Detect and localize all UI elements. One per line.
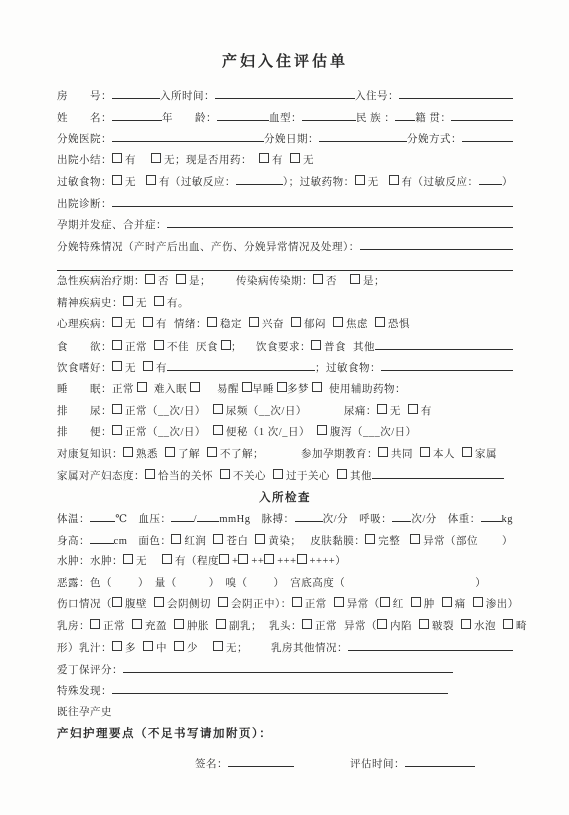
checkbox-易醒[interactable]: 易醒 — [217, 381, 252, 396]
label: 乳房： — [57, 618, 90, 633]
spacer — [271, 456, 301, 457]
checkbox-label: 尿频（__次/日） — [226, 406, 307, 417]
checkbox-icon — [171, 534, 181, 544]
diet-preference-line: 饮食嗜好：无有；过敏食物： — [57, 359, 513, 373]
checkbox-label: 无 — [136, 556, 147, 567]
checkbox-无[interactable]: 无 — [377, 403, 401, 418]
label: 身高： — [57, 533, 90, 548]
checkbox-icon — [213, 641, 223, 651]
checkbox-icon — [207, 317, 217, 327]
checkbox-有[interactable]: 有 — [408, 403, 432, 418]
checkbox-label: 早睡 — [252, 384, 274, 395]
checkbox-icon — [311, 340, 321, 350]
checkbox-icon — [90, 619, 100, 629]
checkbox-label: 便秘（1 次/_日） — [226, 427, 310, 438]
checkbox-会阴侧切[interactable]: 会阴侧切 — [154, 596, 211, 611]
label: ） — [502, 174, 513, 189]
checkbox-label: 正常 — [103, 621, 125, 632]
room-number-blank[interactable] — [112, 87, 160, 99]
checkbox-icon — [143, 317, 153, 327]
checkbox-肿胀[interactable]: 肿胀 — [174, 618, 209, 633]
checkbox-恰当的关怀[interactable]: 恰当的关怀 — [145, 468, 213, 483]
label: 传染病传染期： — [236, 273, 313, 288]
checkbox-icon — [317, 425, 327, 435]
checkbox-厌食[interactable]: 厌食 — [196, 339, 231, 354]
label: ） — [475, 575, 486, 590]
label: 特殊发现： — [57, 683, 112, 698]
checkbox-渗出[interactable]: 渗出 — [473, 596, 508, 611]
checkbox-icon — [292, 597, 302, 607]
defecation-line: 排 便：正常（__次/日）便秘（1 次/_日）腹泻（___次/日） — [57, 424, 513, 438]
pregnancy-complications-line: 孕期并发症、合并症： — [57, 216, 513, 230]
checkbox-icon — [442, 597, 452, 607]
label: 血型： — [269, 110, 302, 125]
checkbox-icon — [213, 425, 223, 435]
label: 食 欲： — [57, 339, 112, 354]
delivery-special-blank[interactable] — [360, 238, 513, 250]
checkbox-icon — [337, 469, 347, 479]
checkbox-icon — [313, 274, 323, 284]
checkbox-完整[interactable]: 完整 — [365, 533, 400, 548]
admission-time-blank[interactable] — [215, 87, 355, 99]
checkbox-无；[interactable]: 无； — [213, 640, 248, 655]
label: 乳头： — [269, 618, 302, 633]
checkbox-icon — [112, 175, 122, 185]
label: ）： — [275, 596, 292, 611]
checkbox-+++[interactable]: +++ — [264, 554, 296, 567]
label: 饮食嗜好： — [57, 360, 112, 375]
checkbox-icon — [123, 447, 133, 457]
checkbox-无[interactable]: 无 — [112, 360, 136, 375]
label: ） — [508, 596, 519, 611]
checkbox-icon — [333, 317, 343, 327]
checkbox-尿频（__次/日）[interactable]: 尿频（__次/日） — [213, 403, 307, 418]
checkbox-畸[interactable]: 畸 — [503, 618, 527, 633]
checkbox-红[interactable]: 红 — [380, 596, 404, 611]
checkbox-不关心[interactable]: 不关心 — [220, 468, 266, 483]
checkbox-label: 有（过敏反应： — [402, 177, 479, 188]
checkbox-label: 苍白 — [226, 536, 248, 547]
checkbox-了解[interactable]: 了解 — [165, 446, 200, 461]
label: cm 面色： — [114, 533, 172, 548]
checkbox-是；[interactable]: 是； — [350, 273, 385, 288]
checkbox-label: ++++ — [310, 556, 336, 567]
discharge-diagnosis-line: 出院诊断： — [57, 195, 513, 209]
checkbox-label: 易醒 — [217, 384, 239, 395]
edema-line: 水肿：水肿：无有（程度++++++++++） — [57, 553, 513, 567]
checkbox-icon — [154, 296, 164, 306]
checkbox-有（过敏反应：[interactable]: 有（过敏反应： — [389, 174, 479, 189]
checkbox-label: 无 — [136, 298, 147, 309]
checkbox-有（程度[interactable]: 有（程度 — [162, 553, 219, 568]
label: ） — [502, 533, 513, 548]
checkbox-label: 有 — [272, 155, 283, 166]
checkbox-少[interactable]: 少 — [174, 640, 198, 655]
checkbox-icon — [176, 274, 186, 284]
appetite-line: 食 欲：正常不佳厌食；饮食要求：普食其他 — [57, 338, 513, 352]
checkbox-icon — [377, 404, 387, 414]
checkbox-红润[interactable]: 红润 — [171, 533, 206, 548]
native-place-blank[interactable] — [451, 109, 513, 121]
label: 使用辅助药物： — [329, 381, 406, 396]
label: 水肿：水肿： — [57, 553, 123, 568]
respiration-blank[interactable] — [392, 510, 411, 522]
checkbox-无[interactable]: 无 — [112, 174, 136, 189]
checkbox-内陷[interactable]: 内陷 — [377, 618, 412, 633]
checkbox-充盈[interactable]: 充盈 — [132, 618, 167, 633]
checkbox-多梦[interactable]: 多梦 — [287, 381, 322, 396]
checkbox-label: 有（程度 — [175, 556, 219, 567]
checkbox-不佳[interactable]: 不佳 — [154, 339, 189, 354]
label: 入所时间： — [160, 88, 215, 103]
checkbox-icon — [151, 153, 161, 163]
checkbox-label: 副乳； — [229, 621, 262, 632]
checkbox-腹壁[interactable]: 腹壁 — [112, 596, 147, 611]
checkbox-label: 水泡 — [474, 621, 496, 632]
checkbox-icon — [221, 340, 231, 350]
mental-history-line: 精神疾病史：无有。 — [57, 295, 513, 309]
checkbox-icon — [174, 619, 184, 629]
checkbox-icon — [290, 153, 300, 163]
checkbox-本人[interactable]: 本人 — [420, 446, 455, 461]
checkbox-腹泻（___次/日）[interactable]: 腹泻（___次/日） — [317, 424, 417, 439]
spacer — [255, 650, 271, 651]
checkbox-有[interactable]: 有 — [143, 316, 167, 331]
checkbox-icon — [219, 554, 229, 564]
discharge-diagnosis-blank[interactable] — [112, 195, 513, 207]
checkbox-label: 稳定 — [220, 319, 242, 330]
age-blank[interactable] — [217, 109, 269, 121]
section-title: 入所检查 — [259, 489, 311, 505]
label: ；过敏食物： — [315, 360, 381, 375]
checkbox-label: 本人 — [433, 449, 455, 460]
label: 精神疾病史： — [57, 295, 123, 310]
label: 皮肤黏膜： — [310, 533, 365, 548]
attitude-other-blank[interactable] — [372, 467, 504, 479]
checkbox-副乳；[interactable]: 副乳； — [216, 618, 262, 633]
checkbox-++++[interactable]: ++++ — [297, 554, 336, 567]
checkbox-label: 无 — [125, 319, 136, 330]
nursing-points-line: 产妇护理要点（不足书写请加附页）： — [57, 725, 513, 739]
checkbox-多[interactable]: 多 — [112, 640, 136, 655]
checkbox-label: 多梦 — [287, 384, 309, 395]
label: 过敏食物： — [57, 174, 112, 189]
checkbox-兴奋[interactable]: 兴奋 — [249, 316, 284, 331]
checkbox-过于关心[interactable]: 过于关心 — [273, 468, 330, 483]
label: 入住号： — [355, 88, 399, 103]
checkbox-icon — [377, 619, 387, 629]
label: 乳房其他情况： — [271, 640, 348, 655]
special-findings-blank[interactable] — [112, 682, 448, 694]
checkbox-label: 共同 — [391, 449, 413, 460]
checkbox-icon — [112, 425, 122, 435]
checkbox-共同[interactable]: 共同 — [378, 446, 413, 461]
bp-systolic-blank[interactable] — [171, 510, 193, 522]
food-allergy-reaction-blank[interactable] — [236, 173, 283, 185]
spacer — [242, 349, 256, 350]
checkbox-难入眠[interactable]: 难入眠 — [154, 381, 200, 396]
checkbox-痛[interactable]: 痛 — [442, 596, 466, 611]
checkbox-label: 黄染； — [268, 536, 301, 547]
checkbox-label: 无； — [226, 643, 248, 654]
checkbox-无[interactable]: 无 — [123, 553, 147, 568]
checkbox-icon — [255, 534, 265, 544]
checkbox-无[interactable]: 无 — [123, 295, 147, 310]
label: 出院小结： — [57, 152, 112, 167]
checkbox-icon — [112, 317, 122, 327]
diet-preference-blank[interactable] — [167, 359, 315, 371]
checkbox-icon — [461, 619, 471, 629]
checkbox-label: 不关心 — [233, 471, 266, 482]
spacer — [294, 766, 350, 767]
continuation-blank[interactable] — [57, 259, 513, 271]
checkbox-黄染；[interactable]: 黄染； — [255, 533, 301, 548]
checkbox-label: 正常 — [112, 384, 134, 395]
checkbox-正常（__次/日）[interactable]: 正常（__次/日） — [112, 424, 206, 439]
checkbox-不了解；[interactable]: 不了解； — [207, 446, 264, 461]
checkbox-其他[interactable]: 其他 — [337, 468, 372, 483]
checkbox-会阴正中[interactable]: 会阴正中 — [218, 596, 275, 611]
acute-disease-line: 急性疾病治疗期：否是；传染病传染期：否是； — [57, 273, 513, 287]
checkbox-中[interactable]: 中 — [143, 640, 167, 655]
checkbox-有[interactable]: 有 — [143, 360, 167, 375]
checkbox-icon — [207, 447, 217, 457]
discharge-summary-line: 出院小结：有无；现是否用药：有无 — [57, 152, 513, 166]
checkbox-水泡[interactable]: 水泡 — [461, 618, 496, 633]
checkbox-有[interactable]: 有 — [112, 152, 136, 167]
continuation-line — [57, 259, 513, 268]
checkbox-label: 会阴侧切 — [167, 599, 211, 610]
checkbox-label: 肿 — [424, 599, 435, 610]
checkbox-稳定[interactable]: 稳定 — [207, 316, 242, 331]
admission-exam-header: 入所检查 — [57, 489, 513, 503]
checkbox-label: 恰当的关怀 — [158, 471, 213, 482]
checkbox-label: 皲裂 — [432, 621, 454, 632]
checkbox-label: 腹泻（___次/日） — [330, 427, 417, 438]
allergy-line: 过敏食物：无有（过敏反应：）；过敏药物：无有（过敏反应：） — [57, 173, 513, 187]
sleep-line: 睡 眠：正常难入眠易醒早睡多梦使用辅助药物： — [57, 381, 513, 395]
checkbox-icon — [462, 447, 472, 457]
label: 民 族 ： — [356, 110, 395, 125]
label: 形）乳汁： — [57, 640, 112, 655]
checkbox-icon — [420, 447, 430, 457]
checkbox-label: 少 — [187, 643, 198, 654]
checkbox-正常[interactable]: 正常 — [302, 618, 337, 633]
label: 情绪： — [174, 316, 207, 331]
checkbox-icon — [238, 554, 248, 564]
breast-line: 乳房：正常充盈肿胀副乳；乳头：正常异常（内陷皲裂水泡畸 — [57, 618, 513, 632]
checkbox-否[interactable]: 否 — [145, 273, 169, 288]
checkbox-icon — [112, 641, 122, 651]
checkbox-label: 完整 — [378, 536, 400, 547]
psych-line: 心理疾病：无有情绪：稳定兴奋郁闷焦虑恐惧 — [57, 316, 513, 330]
label: 产妇护理要点（不足书写请加附页）： — [57, 725, 272, 741]
checkbox-正常[interactable]: 正常 — [90, 618, 125, 633]
checkbox-label: 异常（ — [347, 599, 380, 610]
label: 睡 眠： — [57, 381, 112, 396]
delivery-date-blank[interactable] — [319, 130, 407, 142]
label: 次/分 呼吸： — [323, 511, 392, 526]
wound-line: 伤口情况（腹壁会阴侧切会阴正中）：正常异常（红肿痛渗出） — [57, 596, 513, 610]
checkbox-icon — [162, 554, 172, 564]
checkbox-icon — [249, 317, 259, 327]
checkbox-无[interactable]: 无 — [355, 174, 379, 189]
spacer — [207, 391, 217, 392]
weight-blank[interactable] — [481, 510, 502, 522]
checkbox-label: 不了解； — [220, 449, 264, 460]
checkbox-正常（__次/日）[interactable]: 正常（__次/日） — [112, 403, 206, 418]
checkbox-label: 无 — [390, 406, 401, 417]
label: 排 尿： — [57, 403, 112, 418]
label: 异常（ — [344, 618, 377, 633]
label: ； — [231, 339, 242, 354]
checkbox-icon — [297, 554, 307, 564]
checkbox-icon — [380, 597, 390, 607]
checkbox-label: 畸 — [516, 621, 527, 632]
checkbox-便秘（1 次/_日）[interactable]: 便秘（1 次/_日） — [213, 424, 310, 439]
label: ） 嗅（ — [209, 575, 248, 590]
spacer — [485, 543, 502, 544]
checkbox-label: 无 — [125, 177, 136, 188]
checkbox-icon — [165, 447, 175, 457]
checkbox-无[interactable]: 无 — [112, 316, 136, 331]
checkbox-label: 内陷 — [390, 621, 412, 632]
checkbox-icon — [112, 404, 122, 414]
checkbox-无[interactable]: 无 — [290, 152, 314, 167]
urination-line: 排 尿：正常（__次/日）尿频（__次/日）尿痛：无有 — [57, 403, 513, 417]
label: 次/分 体重： — [411, 511, 480, 526]
checkbox-正常[interactable]: 正常 — [112, 381, 147, 396]
complications-blank[interactable] — [167, 216, 513, 228]
checkbox-icon — [277, 382, 287, 392]
pulse-blank[interactable] — [295, 510, 323, 522]
assessment-time-blank[interactable] — [405, 755, 475, 767]
checkbox-label: 红 — [393, 599, 404, 610]
edinburgh-score-blank[interactable] — [123, 661, 453, 673]
delivery-method-blank[interactable] — [462, 130, 513, 142]
signature-blank[interactable] — [228, 755, 294, 767]
checkbox-label: 普食 — [324, 342, 346, 353]
checkbox-无；现是否用药：[interactable]: 无；现是否用药： — [151, 152, 252, 167]
checkbox-icon — [145, 274, 155, 284]
checkbox-icon — [123, 554, 133, 564]
checkbox-有。[interactable]: 有。 — [154, 295, 189, 310]
lochia-line: 恶露：色（） 量（） 嗅（） 宫底高度（） — [57, 575, 513, 589]
checkbox-皲裂[interactable]: 皲裂 — [419, 618, 454, 633]
label: 评估时间： — [350, 756, 405, 771]
checkbox-icon — [216, 619, 226, 629]
checkbox-肿[interactable]: 肿 — [411, 596, 435, 611]
label: 爱丁保评分： — [57, 662, 123, 677]
label: 年 龄： — [162, 110, 217, 125]
allergy-food-blank[interactable] — [381, 359, 513, 371]
checkbox-icon — [355, 175, 365, 185]
checkbox-+[interactable]: + — [219, 554, 238, 567]
stay-number-blank[interactable] — [399, 87, 513, 99]
delivery-hospital-line: 分娩医院：分娩日期：分娩方式： — [57, 130, 513, 144]
checkbox-icon — [375, 317, 385, 327]
checkbox-icon — [218, 597, 228, 607]
checkbox-label: 正常（__次/日） — [125, 427, 206, 438]
checkbox-正常[interactable]: 正常 — [292, 596, 327, 611]
checkbox-icon — [242, 382, 252, 392]
checkbox-异常（部位[interactable]: 异常（部位 — [410, 533, 478, 548]
checkbox-label: 无 — [125, 363, 136, 374]
diet-other-blank[interactable] — [375, 338, 513, 350]
label: 出院诊断： — [57, 196, 112, 211]
checkbox-label: 恐惧 — [388, 319, 410, 330]
checkbox-label: 家属 — [475, 449, 497, 460]
checkbox-恐惧[interactable]: 恐惧 — [375, 316, 410, 331]
checkbox-icon — [419, 619, 429, 629]
label: 参加孕期教育： — [301, 446, 378, 461]
checkbox-label: 难入眠 — [154, 384, 187, 395]
family-attitude-line: 家属对产妇态度：恰当的关怀不关心过于关心其他 — [57, 467, 513, 481]
checkbox-icon — [132, 619, 142, 629]
drug-allergy-reaction-blank[interactable] — [479, 173, 502, 185]
checkbox-普食[interactable]: 普食 — [311, 339, 346, 354]
label: 签名： — [195, 756, 228, 771]
checkbox-焦虑[interactable]: 焦虑 — [333, 316, 368, 331]
bp-diastolic-blank[interactable] — [197, 510, 219, 522]
checkbox-label: 是； — [363, 276, 385, 287]
checkbox-label: 正常（__次/日） — [125, 406, 206, 417]
checkbox-++[interactable]: ++ — [238, 554, 264, 567]
height-blank[interactable] — [90, 532, 114, 544]
ethnicity-blank[interactable] — [395, 109, 415, 121]
checkbox-有[interactable]: 有 — [259, 152, 283, 167]
hospital-blank[interactable] — [112, 130, 264, 142]
checkbox-苍白[interactable]: 苍白 — [213, 533, 248, 548]
blood-type-blank[interactable] — [302, 109, 356, 121]
checkbox-label: 会阴正中 — [231, 599, 275, 610]
checkbox-异常（[interactable]: 异常（ — [334, 596, 380, 611]
spacer — [314, 413, 344, 414]
checkbox-郁闷[interactable]: 郁闷 — [291, 316, 326, 331]
checkbox-icon — [174, 641, 184, 651]
checkbox-icon — [264, 554, 274, 564]
checkbox-label: 有 — [156, 363, 167, 374]
breast-other-blank[interactable] — [348, 639, 513, 651]
checkbox-label: 渗出 — [486, 599, 508, 610]
name-blank[interactable] — [112, 109, 162, 121]
checkbox-label: 过于关心 — [286, 471, 330, 482]
checkbox-icon — [154, 597, 164, 607]
checkbox-icon — [143, 361, 153, 371]
form-body: 房 号：入所时间：入住号：姓 名：年 龄：血型：民 族 ：籍 贯：分娩医院：分娩… — [57, 87, 513, 769]
checkbox-有（过敏反应：[interactable]: 有（过敏反应： — [146, 174, 236, 189]
checkbox-早睡[interactable]: 早睡 — [252, 381, 287, 396]
checkbox-label: 厌食 — [196, 342, 218, 353]
label: 分娩医院： — [57, 131, 112, 146]
checkbox-否[interactable]: 否 — [313, 273, 337, 288]
checkbox-label: 多 — [125, 643, 136, 654]
checkbox-正常[interactable]: 正常 — [112, 339, 147, 354]
label: 分娩日期： — [264, 131, 319, 146]
checkbox-label: 焦虑 — [346, 319, 368, 330]
checkbox-icon — [112, 340, 122, 350]
temperature-blank[interactable] — [90, 510, 115, 522]
checkbox-是；[interactable]: 是； — [176, 273, 211, 288]
checkbox-label: 中 — [156, 643, 167, 654]
checkbox-家属[interactable]: 家属 — [462, 446, 497, 461]
checkbox-熟悉[interactable]: 熟悉 — [123, 446, 158, 461]
label: 恶露：色（ — [57, 575, 112, 590]
checkbox-icon — [350, 274, 360, 284]
label: 尿痛： — [344, 403, 377, 418]
checkbox-label: 无 — [368, 177, 379, 188]
label: ） 宫底高度（ — [274, 575, 346, 590]
